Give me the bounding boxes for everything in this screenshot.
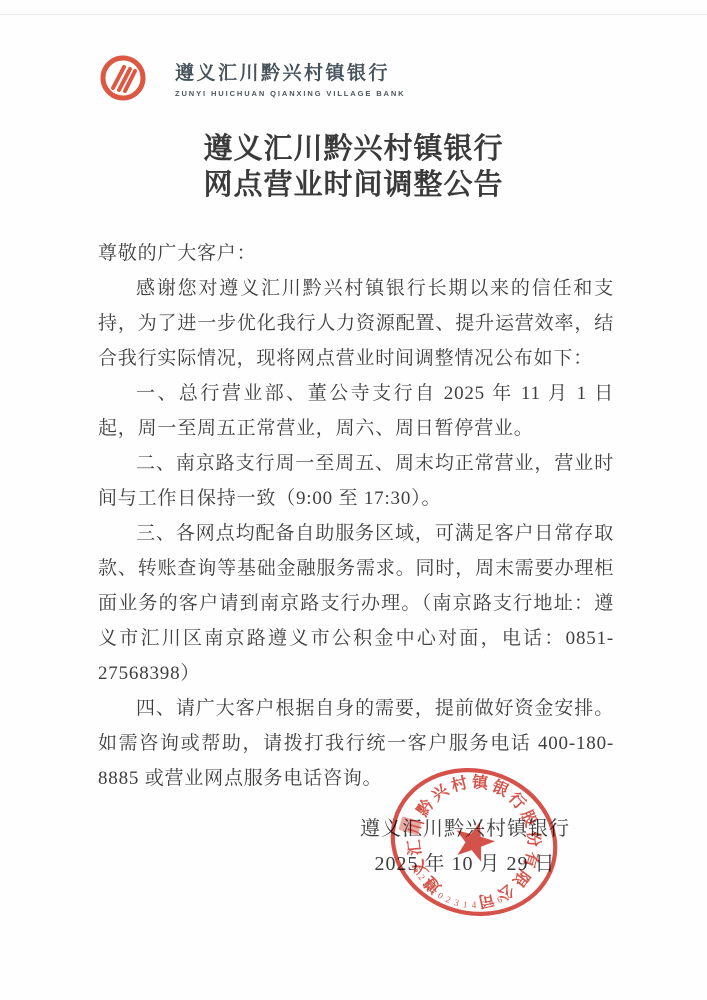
svg-text:2: 2 [444,894,452,905]
doc-title: 遵义汇川黔兴村镇银行 网点营业时间调整公告 [0,131,707,203]
svg-text:村: 村 [449,774,469,795]
official-seal: 遵义汇川黔兴村镇银行股份有限公司 5203023145661 [386,767,562,917]
svg-text:兴: 兴 [429,781,453,805]
paragraph-item-2: 二、南京路支行周一至周五、周末均正常营业，营业时间与工作日保持一致（9:00 至… [98,446,614,516]
svg-text:汇: 汇 [405,839,424,857]
svg-text:1: 1 [462,899,468,910]
salutation: 尊敬的广大客户： [98,236,614,271]
seal-star [450,816,499,864]
bank-logo: 遵义汇川黔兴村镇银行 ZUNYI HUICHUAN QIANXING VILLA… [99,52,406,107]
bank-logo-text: 遵义汇川黔兴村镇银行 ZUNYI HUICHUAN QIANXING VILLA… [175,58,406,98]
svg-text:股: 股 [517,807,541,830]
scan-artifact-line [0,14,707,15]
logo-en-name: ZUNYI HUICHUAN QIANXING VILLAGE BANK [175,89,406,98]
paragraph-item-1: 一、总行营业部、董公寺支行自 2025 年 11 月 1 日起，周一至周五正常营… [98,376,614,446]
document-page: 遵义汇川黔兴村镇银行 ZUNYI HUICHUAN QIANXING VILLA… [0,0,707,1000]
announcement-body: 尊敬的广大客户： 感谢您对遵义汇川黔兴村镇银行长期以来的信任和支持，为了进一步优… [98,236,614,796]
bank-logo-icon [99,54,147,107]
paragraph-intro: 感谢您对遵义汇川黔兴村镇银行长期以来的信任和支持，为了进一步优化我行人力资源配置… [98,271,614,376]
svg-text:4: 4 [472,900,477,910]
svg-text:镇: 镇 [471,772,490,793]
svg-text:份: 份 [524,830,544,847]
svg-text:3: 3 [453,897,461,908]
doc-title-line1: 遵义汇川黔兴村镇银行 [0,131,707,167]
logo-cn-name: 遵义汇川黔兴村镇银行 [175,58,406,85]
svg-text:有: 有 [520,849,543,870]
paragraph-item-3: 三、各网点均配备自助服务区域，可满足客户日常存取款、转账查询等基础金融服务需求。… [98,516,614,691]
doc-title-line2: 网点营业时间调整公告 [0,167,707,203]
